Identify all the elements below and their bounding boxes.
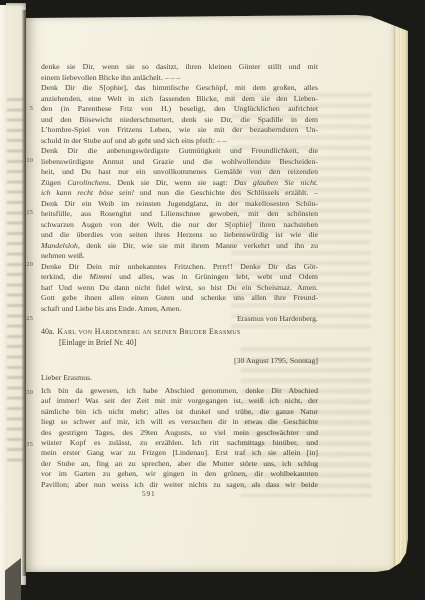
text-segment: schaft und Liebe bis ans Ende. Amen, Ame… (41, 304, 181, 313)
letter-number: 40a. (41, 327, 54, 336)
text-line: auf immer! Was seit der Zeit mit mir vor… (41, 396, 318, 406)
page-number: 591 (142, 489, 156, 498)
text-segment: , denk sie Dir, wie sie mit ihrem Manne … (78, 241, 318, 250)
italic-segment: ich kann recht böse sein! (41, 188, 134, 197)
text-segment: Denk Dir die S[ophie], das himmlische Ge… (41, 83, 318, 92)
enclosure-note: [Einlage in Brief Nr. 40] (41, 337, 318, 348)
text-segment: auf immer! Was seit der Zeit mit mir vor… (41, 396, 318, 405)
letter-heading: 40a.Karl von Hardenberg an seinen Bruder… (41, 326, 318, 348)
text-segment: 25 (26, 315, 33, 322)
line-number: 35 (26, 441, 33, 448)
text-segment: den (in Parenthese Friz von H.) beseligt… (41, 104, 318, 113)
text-segment: L’hombre-Spiel von Fritzens Leben, wie s… (41, 125, 318, 134)
text-line: Denk Dir die anbetungswürdigste Gutmütig… (41, 146, 318, 157)
text-line: ich kann recht böse sein! und nun die Ge… (41, 188, 318, 199)
text-segment: heitsfülle, aus Rosenglut und Lilienschn… (41, 209, 318, 218)
text-segment: und nun die Geschichte des Schlüssels er… (134, 188, 318, 197)
text-segment: heit, und Du hast nur ein unvollkommenes… (41, 167, 318, 176)
text-line: Mandelsloh, denk sie Dir, wie sie mit ih… (41, 241, 318, 252)
text-line: vor im Garten zu gehen, wir gingen in de… (41, 469, 318, 479)
text-line: Denk Dir ein Weib im reinsten Jugendglan… (41, 199, 318, 210)
text-line: Gott gebe ihnen allen einen Guten und sc… (41, 293, 318, 304)
text-line: liebenswürdigste Anmut und Grazie und di… (41, 157, 318, 168)
letter-date: [30 August 1795, Sonntag] (41, 355, 318, 366)
text-segment: mein erster Gang war zu Frizgen [Lindena… (41, 448, 318, 457)
line-number: 15 (26, 209, 33, 216)
text-segment: 30 (26, 389, 33, 396)
letter-text-block-end-of-letter-40: denke sie Dir, wenn sie so dasitzt, ihre… (41, 62, 318, 314)
text-segment: Denk Dir ein Weib im reinsten Jugendglan… (41, 199, 318, 208)
line-number: 25 (26, 315, 33, 322)
text-segment: schuld in der Stube auf und ab geht und … (41, 136, 227, 145)
text-segment: 20 (26, 261, 33, 268)
text-segment: anziehenden, eine Welt in sich fassenden… (41, 94, 318, 103)
text-segment: und den Bösewicht niederschmettert, denk… (41, 115, 318, 124)
text-segment: Pavillon; aber nun weiss ich dir weiter … (41, 480, 318, 489)
text-line: Denk Dir die S[ophie], das himmlische Ge… (41, 83, 318, 94)
text-segment: Zügen (41, 178, 67, 187)
letter-heading-title-line: 40a.Karl von Hardenberg an seinen Bruder… (41, 326, 318, 337)
text-line: nehmen weiß. (41, 251, 318, 262)
text-segment: schwarzen Augen von der Welt, die nur de… (41, 220, 318, 229)
book-scan: 5101520253035 denke sie Dir, wenn sie so… (0, 0, 425, 600)
text-line: anziehenden, eine Welt in sich fassenden… (41, 94, 318, 105)
text-segment: des gestrigen Tages, des 29ten Augusts, … (41, 428, 318, 437)
text-segment: 15 (26, 209, 33, 216)
text-segment: nehmen weiß. (41, 251, 85, 260)
text-segment: der Stube an, fing an zu sprechen, aber … (41, 459, 318, 468)
letter-signature: Erasmus von Hardenberg. (41, 314, 318, 325)
text-segment: nämliche bin ich nicht mehr; alles ist d… (41, 407, 318, 416)
text-line: schwarzen Augen von der Welt, die nur de… (41, 220, 318, 231)
letter-text-block-letter-40a: Ich bin da gewesen, ich habe Abschied ge… (41, 386, 318, 490)
text-line: denke sie Dir, wenn sie so dasitzt, ihre… (41, 62, 318, 73)
text-segment: terkind, die (41, 272, 90, 281)
text-line: terkind, die Mimmi und alles, was in Grü… (41, 272, 318, 283)
text-segment: denke sie Dir, wenn sie so dasitzt, ihre… (41, 62, 318, 71)
text-line: wüster Kopf es zulässt, zu erzählen. Ich… (41, 438, 318, 448)
text-line: und die überdies von seiten ihres Herzen… (41, 230, 318, 241)
text-segment: hat! Und wenn Du dann nicht fidel wirst,… (41, 283, 318, 292)
italic-segment: Das glauben Sie nicht. (234, 178, 318, 187)
text-segment: einem liebevollen Blicke ihn anlächelt. … (41, 73, 180, 82)
text-line: einem liebevollen Blicke ihn anlächelt. … (41, 73, 318, 84)
text-line: Ich bin da gewesen, ich habe Abschied ge… (41, 386, 318, 396)
letter-salutation: Lieber Erasmus. (41, 372, 318, 383)
text-line: und den Bösewicht niederschmettert, denk… (41, 115, 318, 126)
printed-content: 5101520253035 denke sie Dir, wenn sie so… (0, 0, 425, 600)
text-line: schaft und Liebe bis ans Ende. Amen, Ame… (41, 304, 318, 315)
italic-segment: Mimmi (90, 272, 112, 281)
line-number: 30 (26, 389, 33, 396)
text-segment: Gott gebe ihnen allen einen Guten und sc… (41, 293, 318, 302)
text-line: L’hombre-Spiel von Fritzens Leben, wie s… (41, 125, 318, 136)
text-segment: . Denk sie Dir, wenn sie sagt: (109, 178, 234, 187)
text-line: liegt so schwer auf mir, ich will es ver… (41, 417, 318, 427)
text-line: mein erster Gang war zu Frizgen [Lindena… (41, 448, 318, 458)
italic-segment: Mandelsloh (41, 241, 78, 250)
line-number: 10 (26, 157, 33, 164)
text-line: hat! Und wenn Du dann nicht fidel wirst,… (41, 283, 318, 294)
text-line: Pavillon; aber nun weiss ich dir weiter … (41, 480, 318, 490)
text-segment: wüster Kopf es zulässt, zu erzählen. Ich… (41, 438, 318, 447)
text-segment: Denk Dir die anbetungswürdigste Gutmütig… (41, 146, 318, 155)
text-line: heit, und Du hast nur ein unvollkommenes… (41, 167, 318, 178)
text-segment: 35 (26, 441, 33, 448)
italic-segment: Carolinchens (67, 178, 109, 187)
text-segment: und alles, was in Grüningen lebt, webt u… (112, 272, 318, 281)
text-line: Denke Dir Dein mir unbekanntes Fritzchen… (41, 262, 318, 273)
text-line: der Stube an, fing an zu sprechen, aber … (41, 459, 318, 469)
line-number: 5 (30, 105, 33, 112)
line-number: 20 (26, 261, 33, 268)
text-segment: Denke Dir Dein mir unbekanntes Fritzchen… (41, 262, 318, 271)
text-segment: und die überdies von seiten ihres Herzen… (41, 230, 318, 239)
text-line: Zügen Carolinchens. Denk sie Dir, wenn s… (41, 178, 318, 189)
text-segment: Ich bin da gewesen, ich habe Abschied ge… (41, 386, 318, 395)
text-segment: liebenswürdigste Anmut und Grazie und di… (41, 157, 318, 166)
text-line: des gestrigen Tages, des 29ten Augusts, … (41, 428, 318, 438)
text-segment: vor im Garten zu gehen, wir gingen in de… (41, 469, 318, 478)
text-line: den (in Parenthese Friz von H.) beseligt… (41, 104, 318, 115)
letter-title: Karl von Hardenberg an seinen Bruder Era… (57, 327, 240, 336)
text-line: heitsfülle, aus Rosenglut und Lilienschn… (41, 209, 318, 220)
text-line: schuld in der Stube auf und ab geht und … (41, 136, 318, 147)
text-segment: 5 (30, 105, 33, 112)
text-line: nämliche bin ich nicht mehr; alles ist d… (41, 407, 318, 417)
text-segment: liegt so schwer auf mir, ich will es ver… (41, 417, 318, 426)
text-segment: 10 (26, 157, 33, 164)
